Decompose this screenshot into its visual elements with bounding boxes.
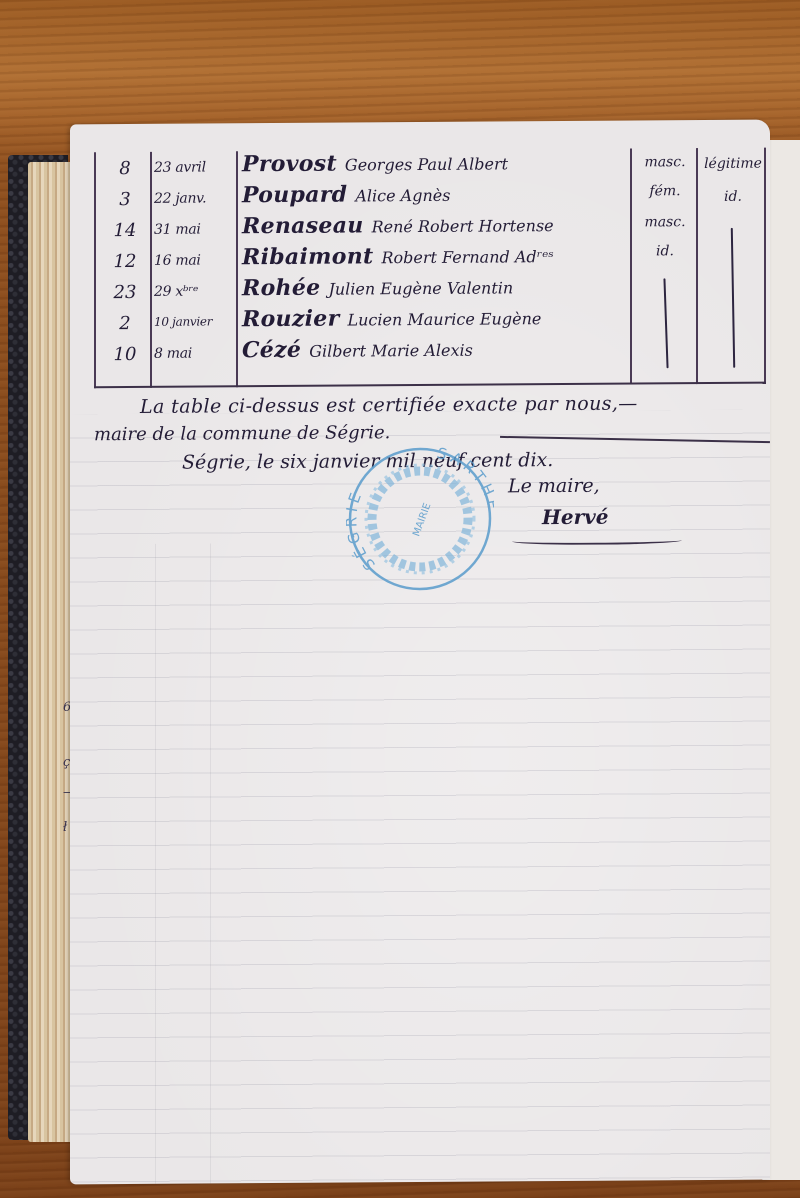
entry-surname: Poupard xyxy=(242,182,347,209)
entry-surname: Ribaimont xyxy=(242,243,373,270)
entry-given-names: Georges Paul Albert xyxy=(345,154,508,174)
entry-number: 8 xyxy=(102,158,148,179)
certification-line-1: La table ci-dessus est certifiée exacte … xyxy=(140,392,638,417)
entry-surname: Renaseau xyxy=(242,212,364,239)
table-bottom-rule xyxy=(94,382,766,389)
entry-number: 2 xyxy=(102,313,148,334)
entry-number: 14 xyxy=(102,220,148,241)
table-row: 3 22 janv. PoupardAlice Agnès fém. id. xyxy=(94,179,766,212)
entry-given-names: Julien Eugène Valentin xyxy=(328,278,513,298)
entry-date: 16 mai xyxy=(154,252,236,269)
entry-number: 23 xyxy=(102,282,148,303)
entry-name: CézéGilbert Marie Alexis xyxy=(242,336,473,364)
stamp-text-left: SÉGRIE xyxy=(346,487,379,574)
entry-date: 8 mai xyxy=(154,345,236,362)
entry-name: RenaseauRené Robert Hortense xyxy=(242,211,554,239)
entry-legitimacy: légitime xyxy=(698,156,768,172)
stamp-center-text: MAIRIE xyxy=(411,502,433,538)
entry-sex: masc. xyxy=(634,154,696,170)
signature-title: Le maire, xyxy=(508,475,600,498)
faint-column-line xyxy=(155,544,156,1184)
birth-register-table: 8 23 avril ProvostGeorges Paul Albert ma… xyxy=(94,148,766,389)
entry-date: 23 avril xyxy=(154,159,236,176)
entry-date: 29 xᵇʳᵉ xyxy=(154,283,236,300)
entry-name: RouzierLucien Maurice Eugène xyxy=(242,304,541,332)
entry-name: RibaimontRobert Fernand Adʳᵉˢ xyxy=(242,242,554,270)
edge-mark: ł xyxy=(63,820,67,835)
entry-surname: Rouzier xyxy=(242,306,340,333)
table-row: 12 16 mai RibaimontRobert Fernand Adʳᵉˢ … xyxy=(94,241,766,274)
entry-surname: Cézé xyxy=(242,337,301,363)
entry-name: RohéeJulien Eugène Valentin xyxy=(242,273,513,301)
entry-name: ProvostGeorges Paul Albert xyxy=(242,149,508,177)
certification-line-2: maire de la commune de Ségrie. xyxy=(94,422,390,445)
entry-given-names: Lucien Maurice Eugène xyxy=(348,309,542,329)
table-row: 14 31 mai RenaseauRené Robert Hortense m… xyxy=(94,210,766,243)
entry-number: 3 xyxy=(102,189,148,210)
entry-legitimacy: id. xyxy=(698,189,768,205)
entry-sex: masc. xyxy=(634,214,696,230)
entry-given-names: René Robert Hortense xyxy=(372,216,554,236)
svg-text:SÉGRIE: SÉGRIE xyxy=(346,487,379,574)
entry-date: 10 janvier xyxy=(154,314,236,329)
entry-sex: id. xyxy=(634,243,696,259)
entry-given-names: Robert Fernand Adʳᵉˢ xyxy=(381,247,553,267)
entry-given-names: Alice Agnès xyxy=(355,186,450,206)
mayor-signature: Hervé xyxy=(542,505,609,529)
faint-column-line xyxy=(210,543,211,1183)
entry-date: 22 janv. xyxy=(154,190,236,207)
entry-number: 12 xyxy=(102,251,148,272)
register-page: 8 23 avril ProvostGeorges Paul Albert ma… xyxy=(70,120,770,1185)
entry-surname: Rohée xyxy=(242,275,320,302)
table-row: 8 23 avril ProvostGeorges Paul Albert ma… xyxy=(94,148,766,181)
entry-sex: fém. xyxy=(634,183,696,199)
entry-given-names: Gilbert Marie Alexis xyxy=(309,341,473,361)
mairie-stamp-seal-icon: SÉGRIE SARTHE MAIRIE xyxy=(346,443,494,594)
entry-name: PoupardAlice Agnès xyxy=(242,181,450,208)
entry-surname: Provost xyxy=(242,151,337,178)
entry-number: 10 xyxy=(102,344,148,365)
entry-date: 31 mai xyxy=(154,221,236,238)
